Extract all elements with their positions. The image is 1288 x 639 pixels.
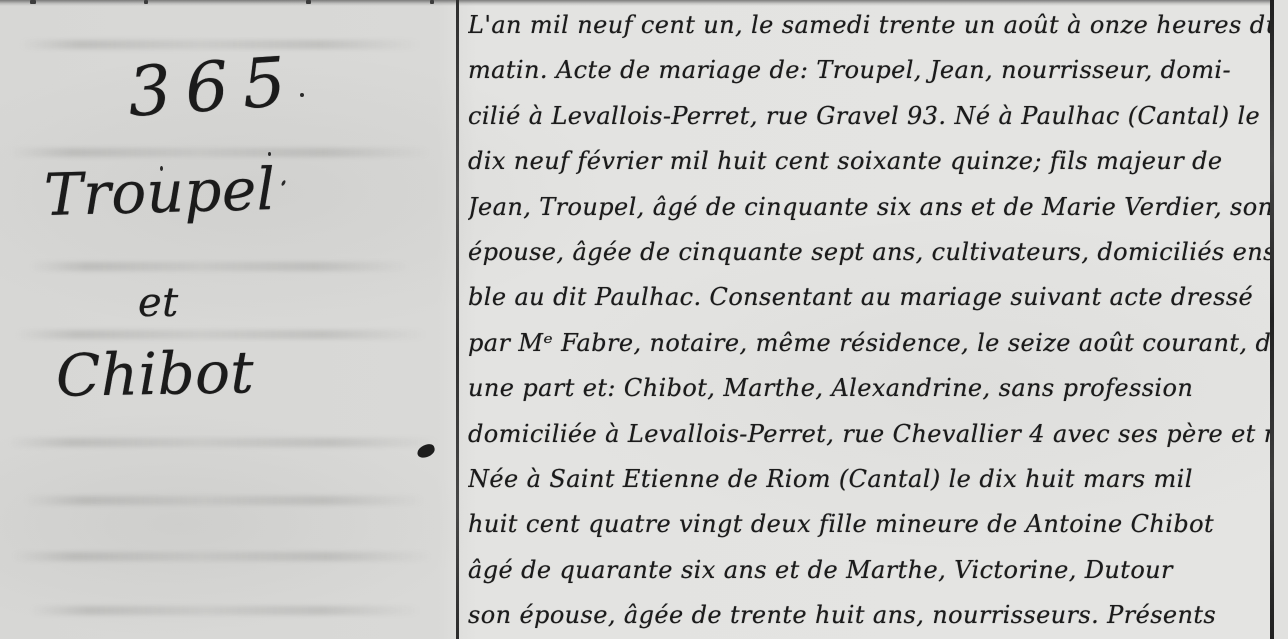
act-text-line: matin. Acte de mariage de: Troupel, Jean… xyxy=(468,48,1270,93)
act-text-line: huit cent quatre vingt deux fille mineur… xyxy=(468,502,1270,547)
margin-conjunction: et xyxy=(138,280,179,326)
ink-speck xyxy=(281,180,287,187)
bleedthrough-mark xyxy=(24,496,424,505)
bleedthrough-mark xyxy=(30,606,420,615)
registry-page-scan: 365 Troupel et Chibot L'an mil neuf cent… xyxy=(0,0,1288,639)
bleedthrough-mark xyxy=(16,330,426,339)
ink-speck xyxy=(160,166,163,171)
act-text-line: une part et: Chibot, Marthe, Alexandrine… xyxy=(468,366,1270,411)
margin-rule-line xyxy=(456,0,459,639)
ink-speck xyxy=(300,93,304,97)
act-text-line: son épouse, âgée de trente huit ans, nou… xyxy=(468,593,1270,638)
act-text-line: dix neuf février mil huit cent soixante … xyxy=(468,139,1270,184)
act-number: 365 xyxy=(125,42,302,133)
margin-bride-name: Chibot xyxy=(55,338,254,409)
act-text-column: L'an mil neuf cent un, le samedi trente … xyxy=(468,0,1270,639)
page-edge-strip xyxy=(1274,0,1288,639)
act-text-line: ble au dit Paulhac. Consentant au mariag… xyxy=(468,275,1270,320)
bleedthrough-mark xyxy=(12,552,432,561)
ink-speck xyxy=(268,152,271,156)
act-text-line: domiciliée à Levallois-Perret, rue Cheva… xyxy=(468,412,1270,457)
bleedthrough-mark xyxy=(30,262,410,271)
act-text-line: âgé de quarante six ans et de Marthe, Vi… xyxy=(468,548,1270,593)
act-text-line: Née à Saint Etienne de Riom (Cantal) le … xyxy=(468,457,1270,502)
act-text-line: L'an mil neuf cent un, le samedi trente … xyxy=(468,3,1270,48)
act-text-line: cilié à Levallois-Perret, rue Gravel 93.… xyxy=(468,94,1270,139)
margin-column: 365 Troupel et Chibot xyxy=(0,0,456,639)
act-text-line: Jean, Troupel, âgé de cinquante six ans … xyxy=(468,185,1270,230)
act-text-line: épouse, âgée de cinquante sept ans, cult… xyxy=(468,230,1270,275)
act-text-line: par Mᵉ Fabre, notaire, même résidence, l… xyxy=(468,321,1270,366)
bleedthrough-mark xyxy=(8,438,438,447)
